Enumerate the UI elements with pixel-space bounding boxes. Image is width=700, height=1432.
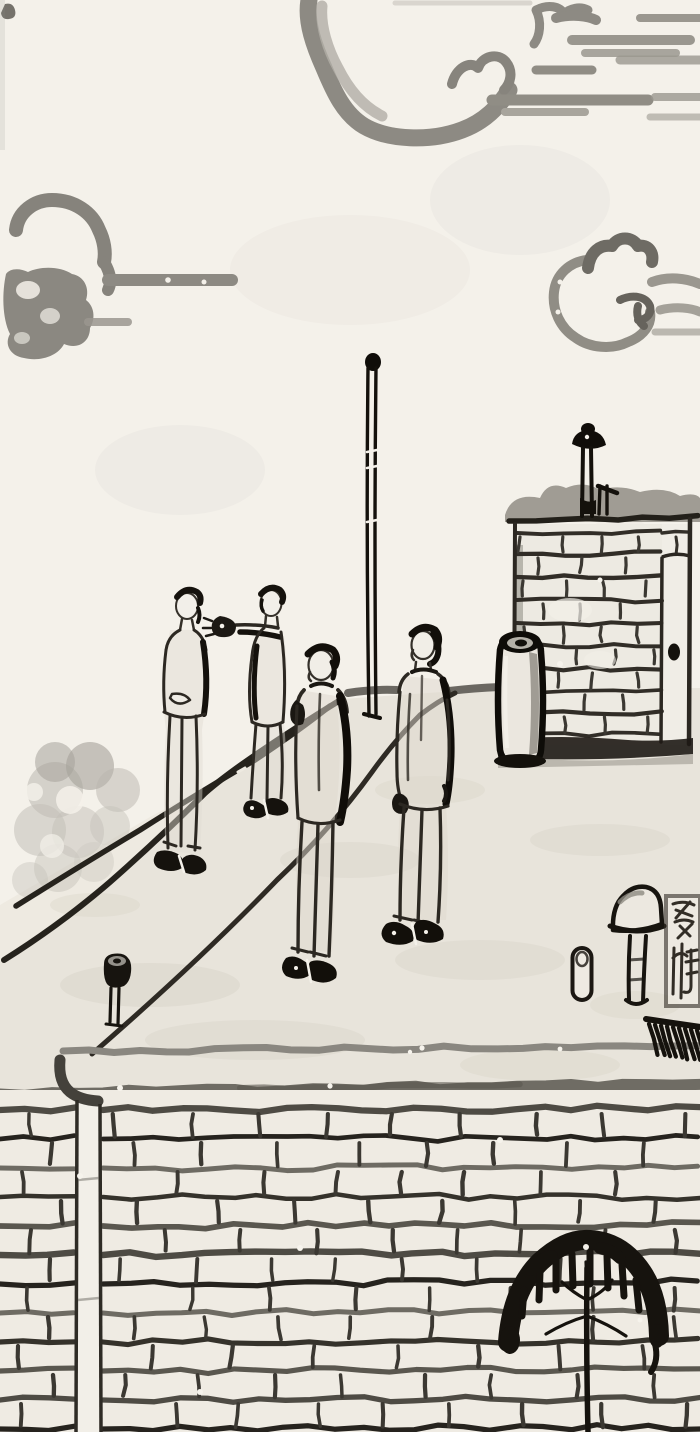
paper-hole: [40, 834, 64, 858]
brush-line: [675, 1230, 677, 1253]
brush-line: [50, 1143, 52, 1164]
left-vent-foot: [106, 1024, 122, 1026]
paper-fleck: [250, 806, 254, 810]
brush-line: [263, 1172, 264, 1194]
brush-line: [176, 1404, 177, 1426]
brush-line: [316, 1230, 317, 1253]
brush-line: [563, 627, 564, 643]
brush-line: [515, 1201, 516, 1224]
downspout-edge: [100, 1104, 101, 1432]
brush-line: [662, 532, 688, 534]
brush-line: [349, 1317, 350, 1338]
paper-patch: [548, 598, 592, 622]
paper-fleck: [419, 1045, 424, 1050]
brush-line: [201, 1143, 202, 1164]
brush-line: [326, 1114, 328, 1137]
penthouse-right-edge: [689, 519, 690, 744]
canopy-end: [500, 1326, 520, 1354]
brush-line: [592, 1317, 593, 1340]
brush-line: [517, 575, 660, 578]
cloud-bar: [556, 16, 596, 20]
brush-line: [0, 1283, 75, 1286]
brush-line: [477, 1259, 478, 1281]
paper-fleck: [452, 105, 458, 111]
brush-line: [61, 1201, 63, 1223]
wind-streak: [652, 278, 700, 284]
brush-line: [318, 1404, 320, 1426]
brush-line: [543, 604, 544, 619]
brush-line: [21, 1404, 22, 1426]
brush-line: [239, 1230, 240, 1251]
brush-line: [643, 1143, 644, 1166]
paper-fleck: [558, 280, 563, 285]
brush-line: [654, 650, 655, 664]
brush-line: [540, 1172, 541, 1196]
figure-back-accent: [254, 646, 257, 718]
figure-front-line: [421, 676, 422, 740]
brush-line: [519, 1230, 521, 1252]
paper-fleck: [392, 931, 396, 935]
paper-fleck: [556, 310, 561, 315]
brush-line: [393, 1230, 394, 1251]
figure-back-accent: [203, 642, 206, 714]
brush-line: [136, 1201, 137, 1223]
brush-line: [271, 1259, 272, 1280]
brush-line: [426, 1143, 428, 1166]
roof-mottle: [530, 824, 670, 856]
paper-fleck: [424, 930, 428, 934]
brush-line: [429, 1288, 430, 1311]
brush-line: [368, 1201, 370, 1222]
paper-fleck: [583, 1244, 589, 1250]
brush-line: [522, 1404, 524, 1425]
brush-line: [685, 1114, 686, 1136]
paper-fleck: [327, 1083, 332, 1088]
brush-line: [294, 1201, 295, 1223]
paper-fleck: [408, 1050, 412, 1054]
brush-line: [564, 717, 566, 733]
brush-line: [400, 1172, 402, 1193]
brush-line: [196, 1259, 197, 1282]
brush-line: [558, 673, 559, 687]
tank-highlight: [505, 656, 507, 748]
brush-line: [559, 1346, 561, 1369]
paper-fleck: [297, 1245, 303, 1251]
brush-line: [489, 1375, 491, 1398]
paper-hole: [40, 308, 60, 324]
paper-hole: [14, 332, 30, 344]
painting-canvas: [0, 0, 700, 1432]
brush-line: [48, 1317, 49, 1338]
brush-line: [602, 1114, 605, 1136]
cloud-blob: [35, 742, 75, 782]
brush-line: [0, 1168, 74, 1169]
brush-line: [674, 1288, 676, 1311]
tree-trunk: [587, 1268, 588, 1432]
paper-fleck: [638, 1318, 643, 1323]
brush-line: [402, 1259, 403, 1280]
brush-line: [623, 695, 624, 709]
wind-streak: [660, 308, 700, 312]
flagpole-shaft: [375, 368, 376, 714]
brush-line: [50, 1259, 51, 1280]
brush-line: [566, 1143, 567, 1166]
brush-line: [0, 1107, 76, 1111]
edge-shade: [0, 0, 5, 150]
brush-line: [584, 695, 585, 710]
brush-line: [0, 1341, 76, 1343]
brush-line: [566, 581, 567, 597]
paper-mottle: [230, 215, 470, 325]
brush-line: [600, 627, 602, 642]
brush-line: [493, 1143, 494, 1164]
paper-fleck: [294, 966, 298, 970]
brush-line: [119, 1259, 120, 1281]
paper-fleck: [557, 661, 563, 667]
brush-line: [601, 1404, 603, 1427]
paper-fleck: [220, 624, 225, 629]
brush-line: [269, 1288, 270, 1310]
brush-line: [0, 1397, 74, 1400]
brush-line: [258, 1114, 260, 1136]
brush-line: [313, 1346, 315, 1367]
brush-line: [449, 1404, 450, 1426]
brush-line: [0, 1312, 73, 1315]
brush-line: [430, 1317, 432, 1338]
paper-fleck: [598, 578, 603, 583]
tank-base-shadow: [494, 754, 546, 768]
brush-line: [217, 1201, 219, 1223]
brush-line: [191, 1114, 193, 1137]
downspout-body: [78, 1095, 99, 1432]
brush-line: [53, 1375, 54, 1396]
brush-line: [603, 581, 605, 597]
artist-seal: [666, 896, 700, 1006]
brush-line: [577, 1375, 579, 1397]
water-tank: [494, 631, 546, 768]
left-vent-cap-dot: [113, 959, 121, 964]
brush-line: [0, 1136, 74, 1140]
brush-line: [591, 673, 593, 689]
brush-line: [277, 1143, 278, 1167]
brush-line: [275, 1375, 276, 1397]
figure-hand-right: [444, 786, 446, 801]
brush-line: [654, 1201, 656, 1222]
tank-cap-dot: [515, 640, 527, 647]
brush-line: [538, 558, 539, 574]
door-edge: [661, 558, 662, 742]
brush-line: [0, 1253, 74, 1256]
paper-fleck: [165, 277, 171, 283]
roof-mottle: [460, 1049, 620, 1081]
brush-line: [396, 1346, 398, 1368]
brush-line: [151, 1346, 153, 1369]
brush-line: [165, 1230, 166, 1251]
brush-line: [674, 1317, 677, 1338]
brush-line: [645, 581, 646, 596]
brush-line: [653, 1375, 654, 1397]
brush-line: [133, 1143, 135, 1165]
paper-fleck: [585, 435, 589, 439]
brush-line: [604, 717, 605, 733]
brush-line: [536, 1114, 537, 1135]
ink-painting: [0, 0, 700, 1432]
brush-line: [29, 1230, 31, 1253]
paper-fleck: [77, 1173, 83, 1179]
paper-fleck: [197, 1389, 203, 1395]
paper-hole: [56, 786, 84, 814]
brush-line: [390, 1114, 392, 1135]
brush-line: [576, 650, 577, 664]
downspout-edge: [76, 1100, 77, 1432]
paper-patch: [584, 651, 616, 669]
brush-line: [383, 1404, 384, 1427]
brush-line: [518, 537, 520, 552]
brush-line: [462, 1172, 464, 1195]
brush-line: [341, 1375, 342, 1397]
brush-line: [676, 537, 677, 553]
figure-forelock: [261, 600, 263, 611]
brush-line: [355, 1288, 356, 1309]
brush-line: [113, 1114, 115, 1137]
figure-hair-side: [332, 662, 334, 678]
capsule-vent: [573, 948, 592, 1000]
brush-line: [457, 1230, 458, 1253]
brush-line: [642, 1346, 644, 1369]
brush-line: [686, 1404, 688, 1427]
brush-line: [522, 581, 523, 596]
cloud-blob: [96, 768, 140, 812]
brush-line: [425, 1375, 426, 1397]
brush-line: [601, 537, 602, 552]
brush-line: [562, 537, 563, 552]
brush-line: [204, 1317, 206, 1338]
rear-parapet-far-segment: [348, 690, 397, 693]
roof-mottle: [395, 940, 565, 980]
flagpole-shaft: [367, 368, 369, 716]
paper-fleck: [117, 1085, 123, 1091]
brush-line: [478, 1346, 479, 1367]
brush-line: [0, 1368, 74, 1371]
brush-line: [638, 537, 639, 551]
paper-hole: [16, 281, 40, 299]
rear-parapet-far-segment: [449, 687, 500, 691]
brush-line: [637, 673, 639, 687]
brush-line: [18, 1346, 19, 1368]
paper-fleck: [202, 280, 207, 285]
paper-fleck: [497, 1137, 503, 1143]
door-knob: [668, 644, 680, 661]
paper-mottle: [95, 425, 265, 515]
brush-line: [460, 1114, 461, 1136]
brush-line: [647, 717, 648, 733]
brush-line: [615, 1172, 617, 1194]
brush-line: [134, 1317, 135, 1339]
paper-fleck: [558, 1047, 563, 1052]
brush-line: [625, 558, 626, 573]
figure-front-line: [319, 694, 320, 790]
brush-line: [176, 1172, 177, 1193]
figure-nape: [198, 608, 200, 622]
brush-line: [22, 1172, 24, 1193]
brush-line: [0, 1196, 76, 1197]
brush-line: [559, 1259, 560, 1282]
paper-mottle: [430, 145, 610, 255]
brush-line: [27, 1288, 28, 1310]
paper-hole: [25, 783, 43, 801]
brush-line: [336, 1172, 338, 1194]
brush-line: [578, 1201, 580, 1222]
